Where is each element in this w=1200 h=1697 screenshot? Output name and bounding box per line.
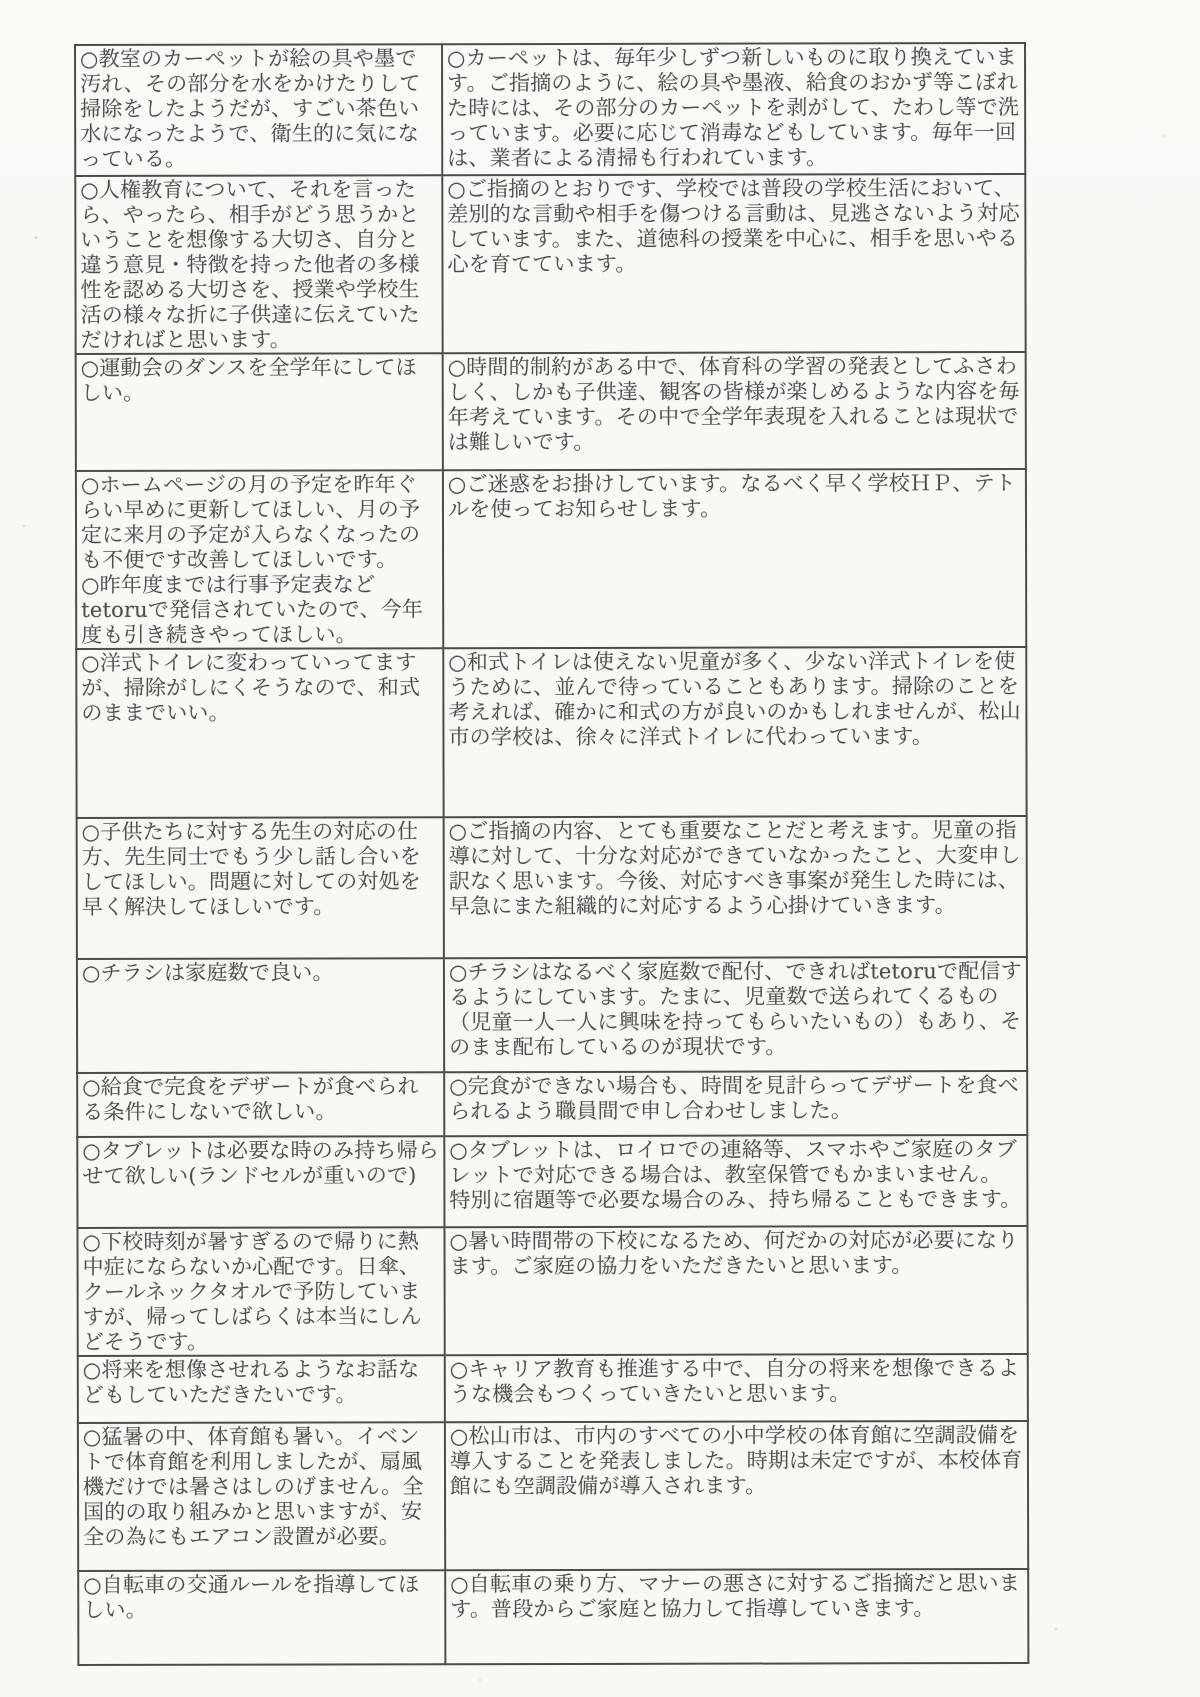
table-row: ○自転車の交通ルールを指導してほしい。 ○自転車の乗り方、マナーの悪さに対するご… (78, 1569, 1028, 1665)
response-cell: ○ご指摘の内容、とても重要なことだと考えます。児童の指導に対して、十分な対応がで… (444, 816, 1027, 958)
table-row: ○チラシは家庭数で良い。 ○チラシはなるべく家庭数で配付、できればtetoruで… (77, 957, 1027, 1073)
table-row: ○洋式トイレに変わっていってますが、掃除がしにくそうなので、和式のままでいい。 … (76, 647, 1026, 818)
response-cell: ○暑い時間帯の下校になるため、何だかの対応が必要になります。ご家庭の協力をいただ… (444, 1226, 1027, 1355)
comment-cell: ○チラシは家庭数で良い。 (77, 958, 444, 1073)
response-cell: ○完食ができない場合も、時間を見計らってデザートを食べられるよう職員間で申し合わ… (444, 1071, 1027, 1136)
response-cell: ○チラシはなるべく家庭数で配付、できればtetoruで配信するようにしています。… (444, 957, 1027, 1072)
comment-cell: ○人権教育について、それを言ったら、やったら、相手がどう思うかということを想像す… (75, 175, 442, 354)
comment-cell: ○将来を想像させれるようなお話などもしていただきたいです。 (78, 1355, 445, 1423)
comment-cell: ○子供たちに対する先生の対応の仕方、先生同士でもう少し話し合いをしてほしい。問題… (77, 817, 444, 959)
comment-cell: ○給食で完食をデザートが食べられる条件にしないで欲しい。 (77, 1072, 444, 1137)
table-row: ○人権教育について、それを言ったら、やったら、相手がどう思うかということを想像す… (75, 174, 1025, 354)
qa-table: ○教室のカーペットが絵の具や墨で汚れ、その部分を水をかけたりして掃除をしたようだ… (74, 42, 1029, 1666)
response-cell: ○キャリア教育も推進する中で、自分の将来を想像できるような機会もつくっていきたい… (445, 1354, 1028, 1422)
comment-cell: ○洋式トイレに変わっていってますが、掃除がしにくそうなので、和式のままでいい。 (76, 648, 443, 818)
response-cell: ○カーペットは、毎年少しずつ新しいものに取り換えています。ご指摘のように、絵の具… (442, 43, 1025, 175)
response-cell: ○松山市は、市内のすべての小中学校の体育館に空調設備を導入することを発表しました… (445, 1421, 1028, 1570)
document-scan-area: ○教室のカーペットが絵の具や墨で汚れ、その部分を水をかけたりして掃除をしたようだ… (74, 42, 1029, 1666)
response-cell: ○和式トイレは使えない児童が多く、少ない洋式トイレを使うために、並んで待っている… (443, 647, 1026, 817)
table-row: ○ホームページの月の予定を昨年ぐらい早めに更新してほしい、月の予定に来月の予定が… (76, 469, 1026, 649)
comment-cell: ○タブレットは必要な時のみ持ち帰らせて欲しい(ランドセルが重いので) (77, 1136, 444, 1228)
response-cell: ○自転車の乗り方、マナーの悪さに対するご指摘だと思います。普段からご家庭と協力し… (445, 1569, 1028, 1664)
response-cell: ○ご指摘のとおりです、学校では普段の学校生活において、差別的な言動や相手を傷つけ… (442, 174, 1025, 353)
scanned-document-page: ○教室のカーペットが絵の具や墨で汚れ、その部分を水をかけたりして掃除をしたようだ… (0, 0, 1200, 1697)
comment-cell: ○自転車の交通ルールを指導してほしい。 (78, 1570, 445, 1665)
response-cell: ○ご迷惑をお掛けしています。なるべく早く学校ＨＰ、テトルを使ってお知らせします。 (443, 469, 1026, 648)
table-row: ○給食で完食をデザートが食べられる条件にしないで欲しい。 ○完食ができない場合も… (77, 1071, 1027, 1137)
comment-cell: ○教室のカーペットが絵の具や墨で汚れ、その部分を水をかけたりして掃除をしたようだ… (75, 44, 442, 176)
response-cell: ○タブレットは、ロイロでの連絡等、スマホやご家庭のタブレットで対応できる場合は、… (444, 1135, 1027, 1227)
table-row: ○子供たちに対する先生の対応の仕方、先生同士でもう少し話し合いをしてほしい。問題… (77, 816, 1027, 959)
comment-cell: ○猛暑の中、体育館も暑い。イベントで体育館を利用しましたが、扇風機だけでは暑さは… (78, 1422, 445, 1571)
table-row: ○教室のカーペットが絵の具や墨で汚れ、その部分を水をかけたりして掃除をしたようだ… (75, 43, 1025, 176)
table-row: ○運動会のダンスを全学年にしてほしい。 ○時間的制約がある中で、体育科の学習の発… (76, 352, 1026, 471)
table-row: ○タブレットは必要な時のみ持ち帰らせて欲しい(ランドセルが重いので) ○タブレッ… (77, 1135, 1027, 1228)
response-cell: ○時間的制約がある中で、体育科の学習の発表としてふさわしく、しかも子供達、観客の… (443, 352, 1026, 470)
comment-cell: ○ホームページの月の予定を昨年ぐらい早めに更新してほしい、月の予定に来月の予定が… (76, 470, 443, 649)
comment-cell: ○下校時刻が暑すぎるので帰りに熱中症にならないか心配です。日傘、クールネックタオ… (77, 1227, 444, 1356)
table-row: ○将来を想像させれるようなお話などもしていただきたいです。 ○キャリア教育も推進… (78, 1354, 1028, 1423)
table-row: ○猛暑の中、体育館も暑い。イベントで体育館を利用しましたが、扇風機だけでは暑さは… (78, 1421, 1028, 1571)
table-row: ○下校時刻が暑すぎるので帰りに熱中症にならないか心配です。日傘、クールネックタオ… (77, 1226, 1027, 1356)
comment-cell: ○運動会のダンスを全学年にしてほしい。 (76, 353, 443, 471)
